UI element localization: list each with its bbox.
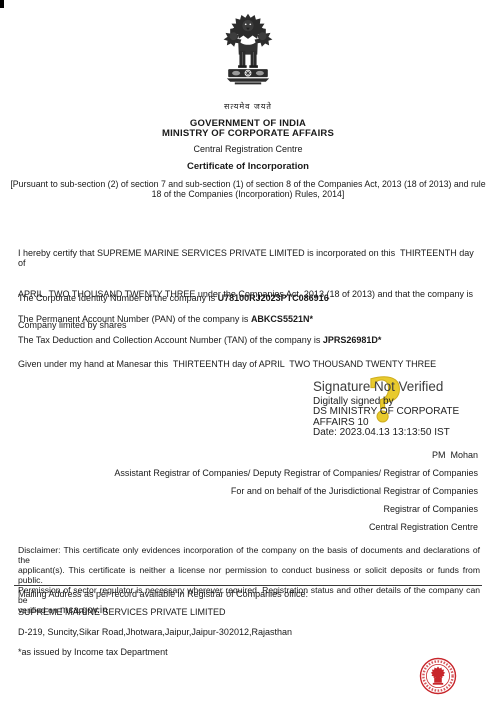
scan-corner-artifact (0, 0, 4, 8)
registrar-line: Central Registration Centre (18, 518, 478, 536)
emblem-motto: सत्यमेव जयते (0, 101, 496, 112)
signature-details: Digitally signed by DS MINISTRY OF CORPO… (313, 397, 483, 439)
registrar-name: PM Mohan (18, 446, 478, 464)
cin-label: The Corporate Identity Number of the com… (18, 293, 218, 303)
certify-line: I hereby certify that SUPREME MARINE SER… (18, 248, 480, 269)
cin-line: The Corporate Identity Number of the com… (18, 293, 480, 303)
registrar-line: Registrar of Companies (18, 500, 478, 518)
registrar-line: For and on behalf of the Jurisdictional … (18, 482, 478, 500)
signature-detail-line: Date: 2023.04.13 13:13:50 IST (313, 428, 483, 438)
registrar-line: Assistant Registrar of Companies/ Deputy… (18, 464, 478, 482)
certificate-title: Certificate of Incorporation (0, 161, 496, 172)
disclaimer-line: applicant(s). This certificate is neithe… (18, 565, 480, 585)
certificate-page: सत्यमेव जयते GOVERNMENT OF INDIA MINISTR… (0, 0, 496, 702)
pan-tan-footnote: *as issued by Income tax Department (18, 647, 480, 657)
pan-label: The Permanent Account Number (PAN) of th… (18, 314, 251, 324)
given-under-hand-line: Given under my hand at Manesar this THIR… (18, 359, 480, 369)
tan-value: JPRS26981D* (323, 335, 382, 345)
digital-signature-block: ? Signature Not Verified Digitally signe… (313, 379, 483, 439)
national-emblem-icon (215, 12, 281, 96)
central-registration-centre-line: Central Registration Centre (0, 144, 496, 154)
emblem-block: सत्यमेव जयते (0, 12, 496, 112)
tan-line: The Tax Deduction and Collection Account… (18, 335, 480, 345)
signature-status: Signature Not Verified (313, 379, 483, 394)
mca-seal-icon (418, 656, 458, 696)
mailing-address-heading: Mailing Address as per record available … (18, 589, 480, 599)
mailing-company-name: SUPREME MARINE SERVICES PRIVATE LIMITED (18, 607, 480, 617)
pan-line: The Permanent Account Number (PAN) of th… (18, 314, 480, 324)
pursuant-line: [Pursuant to sub-section (2) of section … (0, 179, 496, 189)
pan-value: ABKCS5521N* (251, 314, 313, 324)
ministry-heading: MINISTRY OF CORPORATE AFFAIRS (0, 128, 496, 139)
tan-label: The Tax Deduction and Collection Account… (18, 335, 323, 345)
section-divider (14, 585, 482, 586)
disclaimer-line: Disclaimer: This certificate only eviden… (18, 545, 480, 565)
cin-value: U78100RJ2023PTC086916 (218, 293, 329, 303)
mailing-address-line: D-219, Suncity,Sikar Road,Jhotwara,Jaipu… (18, 627, 480, 637)
certify-paragraph: I hereby certify that SUPREME MARINE SER… (18, 227, 480, 351)
disclaimer-paragraph: Disclaimer: This certificate only eviden… (18, 545, 480, 616)
pursuant-line: 18 of the Companies (Incorporation) Rule… (0, 189, 496, 199)
registrar-block: PM Mohan Assistant Registrar of Companie… (18, 446, 478, 536)
